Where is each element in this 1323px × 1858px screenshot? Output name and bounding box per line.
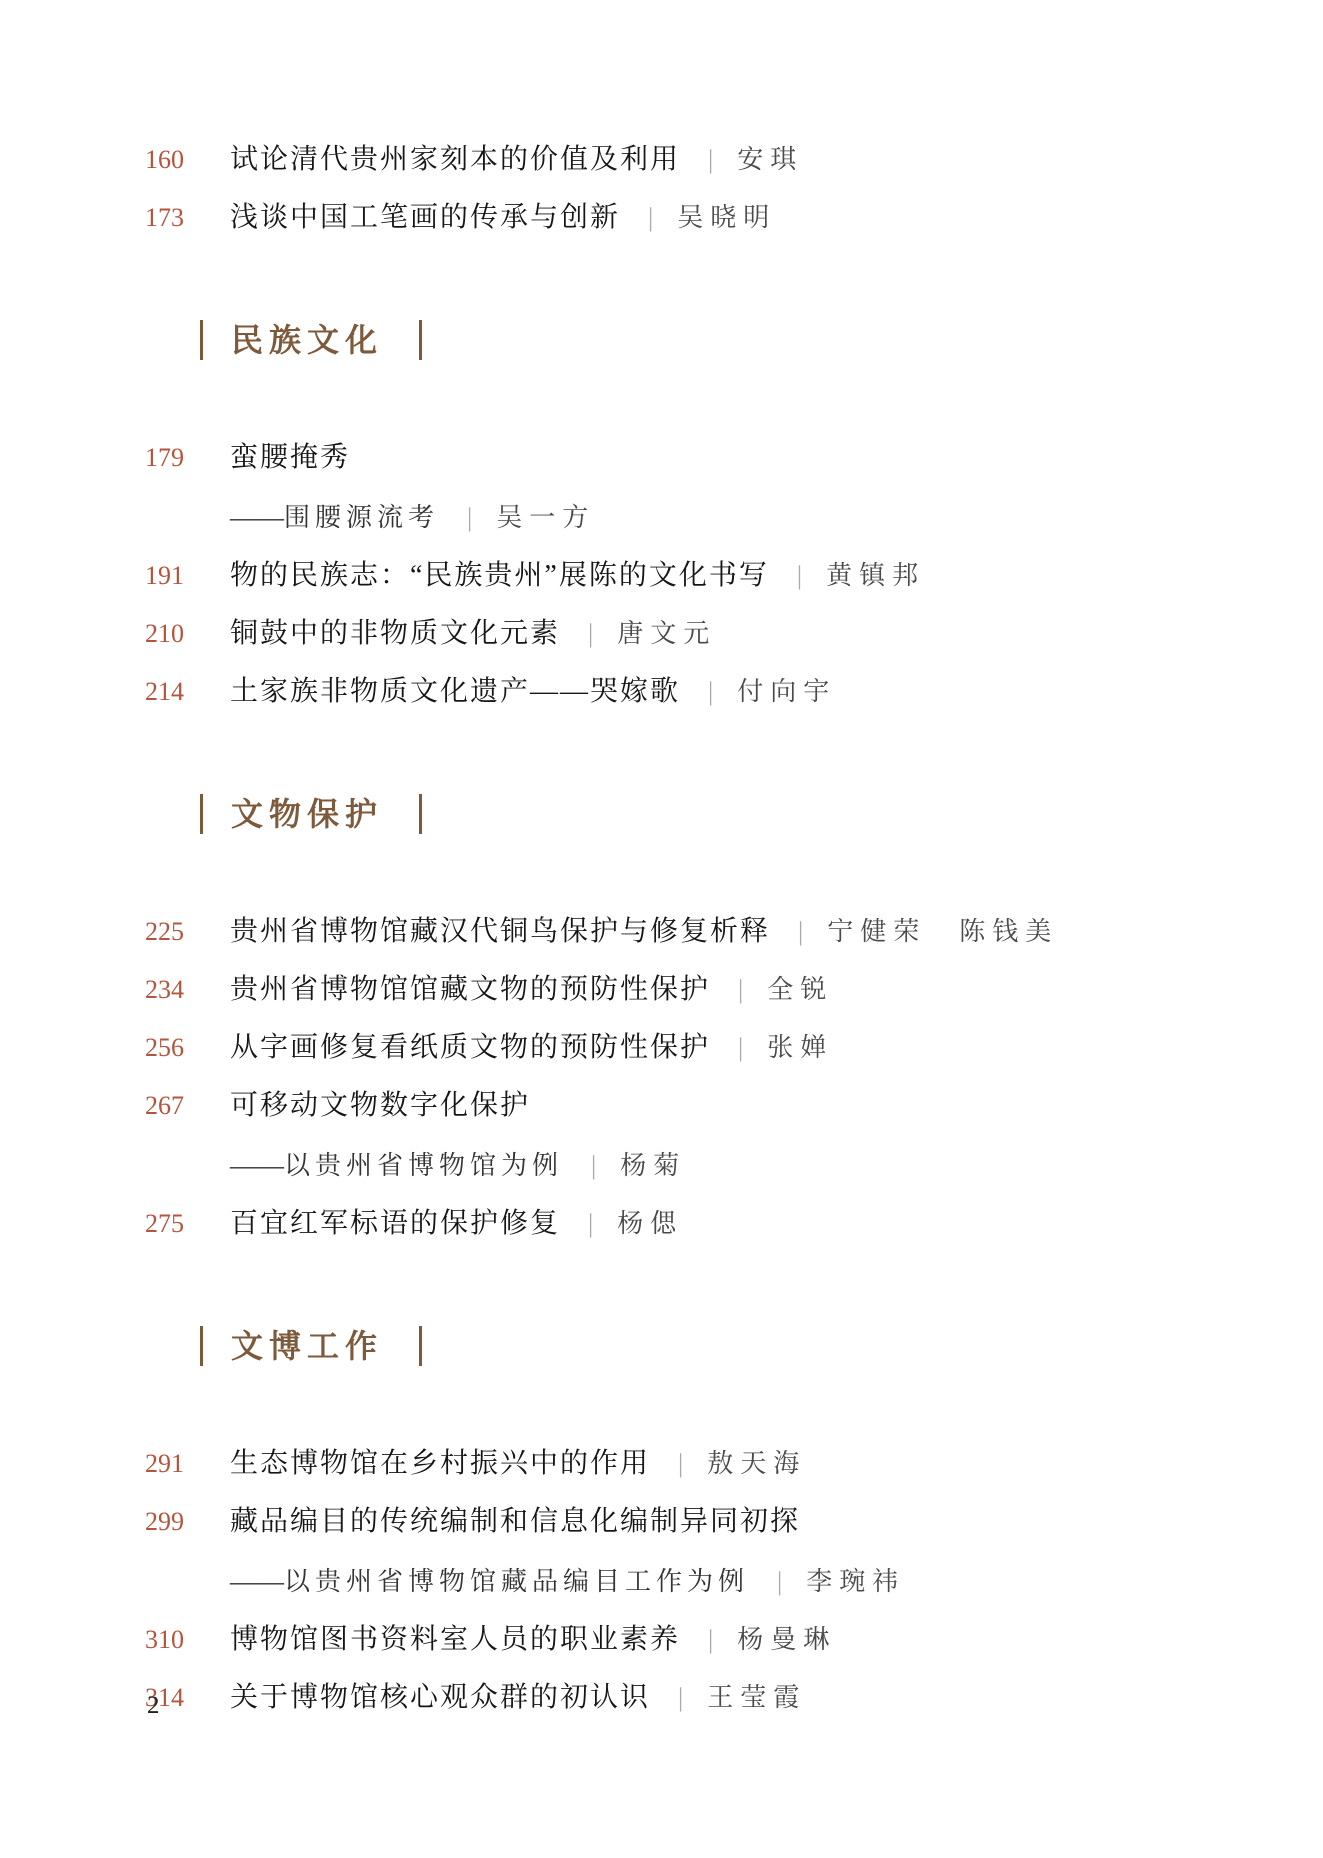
entry-author: 张婵 [767,1033,833,1062]
toc-entry: 234 贵州省博物馆馆藏文物的预防性保护|全锐 [145,973,1243,1011]
entry-author: 吴一方 [496,503,595,532]
toc-entry: 310 博物馆图书资料室人员的职业素养|杨曼琳 [145,1623,1243,1661]
entry-author: 黄镇邦 [826,561,925,590]
entry-page-number: 256 [145,1031,230,1069]
entry-subtitle: 围腰源流考 [284,503,439,532]
pipe-separator: | [588,1209,593,1238]
entry-title: 试论清代贵州家刻本的价值及利用 [230,144,680,175]
toc-page: 160 试论清代贵州家刻本的价值及利用|安琪 173 浅谈中国工笔画的传承与创新… [0,0,1323,1858]
entry-author: 杨偲 [617,1209,683,1238]
pipe-separator: | [467,503,472,532]
entry-page-number: 179 [145,441,230,539]
pipe-separator: | [797,561,802,590]
entry-title: 土家族非物质文化遗产——哭嫁歌 [230,676,680,707]
pipe-separator: | [591,1151,596,1180]
entry-author: 安琪 [737,145,803,174]
pipe-separator: | [588,619,593,648]
section-right-bar [419,320,422,360]
toc-entry: 314 关于博物馆核心观众群的初认识|王莹霞 [145,1681,1243,1719]
entry-page-number: 291 [145,1447,230,1485]
entry-title: 藏品编目的传统编制和信息化编制异同初探 [230,1506,800,1537]
section-left-bar [200,1326,203,1366]
toc-entry: 179 蛮腰掩秀 ——围腰源流考|吴一方 [145,441,1243,539]
entry-page-number: 299 [145,1505,230,1603]
pipe-separator: | [708,145,713,174]
section-left-bar [200,794,203,834]
section-title: 文博工作 [231,1323,383,1369]
entry-author: 杨菊 [620,1151,686,1180]
entry-page-number: 173 [145,201,230,239]
entry-page-number: 225 [145,915,230,953]
entry-author: 吴晓明 [677,203,776,232]
pipe-separator: | [708,677,713,706]
section-right-bar [419,794,422,834]
entry-title: 浅谈中国工笔画的传承与创新 [230,202,620,233]
toc-entry: 291 生态博物馆在乡村振兴中的作用|敖天海 [145,1447,1243,1485]
entry-page-number: 310 [145,1623,230,1661]
pipe-separator: | [648,203,653,232]
toc-entry: 214 土家族非物质文化遗产——哭嫁歌|付向宇 [145,675,1243,713]
entry-title: 生态博物馆在乡村振兴中的作用 [230,1448,650,1479]
toc-entry: 173 浅谈中国工笔画的传承与创新|吴晓明 [145,201,1243,239]
toc-entry: 191 物的民族志：“民族贵州”展陈的文化书写|黄镇邦 [145,559,1243,597]
entry-page-number: 234 [145,973,230,1011]
section-header: 文物保护 [200,791,1243,837]
section-header: 民族文化 [200,317,1243,363]
toc-entry: 210 铜鼓中的非物质文化元素|唐文元 [145,617,1243,655]
page-number: 2 [147,1692,160,1720]
pipe-separator: | [678,1449,683,1478]
toc-entry: 256 从字画修复看纸质文物的预防性保护|张婵 [145,1031,1243,1069]
entry-title: 贵州省博物馆馆藏文物的预防性保护 [230,974,710,1005]
entry-author: 唐文元 [617,619,716,648]
entry-page-number: 214 [145,675,230,713]
entry-title: 蛮腰掩秀 [230,442,350,473]
entry-title: 关于博物馆核心观众群的初认识 [230,1682,650,1713]
toc-entry: 225 贵州省博物馆藏汉代铜鸟保护与修复析释|宁健荣 陈钱美 [145,915,1243,953]
entry-title: 铜鼓中的非物质文化元素 [230,618,560,649]
entry-page-number: 210 [145,617,230,655]
pipe-separator: | [777,1567,782,1596]
entry-author: 全锐 [767,975,833,1004]
pipe-separator: | [738,975,743,1004]
subtitle-dash: —— [230,502,284,532]
toc-entry: 275 百宜红军标语的保护修复|杨偲 [145,1207,1243,1245]
section-title: 民族文化 [231,317,383,363]
entry-title: 贵州省博物馆藏汉代铜鸟保护与修复析释 [230,916,770,947]
entry-author: 宁健荣 陈钱美 [827,917,1058,946]
section-left-bar [200,320,203,360]
entry-author: 杨曼琳 [737,1625,836,1654]
entry-page-number: 191 [145,559,230,597]
subtitle-dash: —— [230,1566,284,1596]
entry-title: 博物馆图书资料室人员的职业素养 [230,1624,680,1655]
section-title: 文物保护 [231,791,383,837]
entry-page-number: 267 [145,1089,230,1187]
toc-entry: 267 可移动文物数字化保护 ——以贵州省博物馆为例|杨菊 [145,1089,1243,1187]
pipe-separator: | [708,1625,713,1654]
entry-page-number: 160 [145,143,230,181]
section-header: 文博工作 [200,1323,1243,1369]
pipe-separator: | [798,917,803,946]
entry-title: 物的民族志：“民族贵州”展陈的文化书写 [230,560,769,591]
pipe-separator: | [738,1033,743,1062]
toc-entry: 299 藏品编目的传统编制和信息化编制异同初探 ——以贵州省博物馆藏品编目工作为… [145,1505,1243,1603]
toc-entry: 160 试论清代贵州家刻本的价值及利用|安琪 [145,143,1243,181]
entry-author: 敖天海 [707,1449,806,1478]
subtitle-dash: —— [230,1150,284,1180]
entry-title: 从字画修复看纸质文物的预防性保护 [230,1032,710,1063]
entry-author: 李琬祎 [806,1567,905,1596]
entry-title: 可移动文物数字化保护 [230,1090,530,1121]
entry-subtitle: 以贵州省博物馆为例 [284,1151,563,1180]
entry-author: 付向宇 [737,677,836,706]
section-right-bar [419,1326,422,1366]
entry-title: 百宜红军标语的保护修复 [230,1208,560,1239]
entry-author: 王莹霞 [707,1683,806,1712]
entry-subtitle: 以贵州省博物馆藏品编目工作为例 [284,1567,749,1596]
pipe-separator: | [678,1683,683,1712]
entry-page-number: 275 [145,1207,230,1245]
